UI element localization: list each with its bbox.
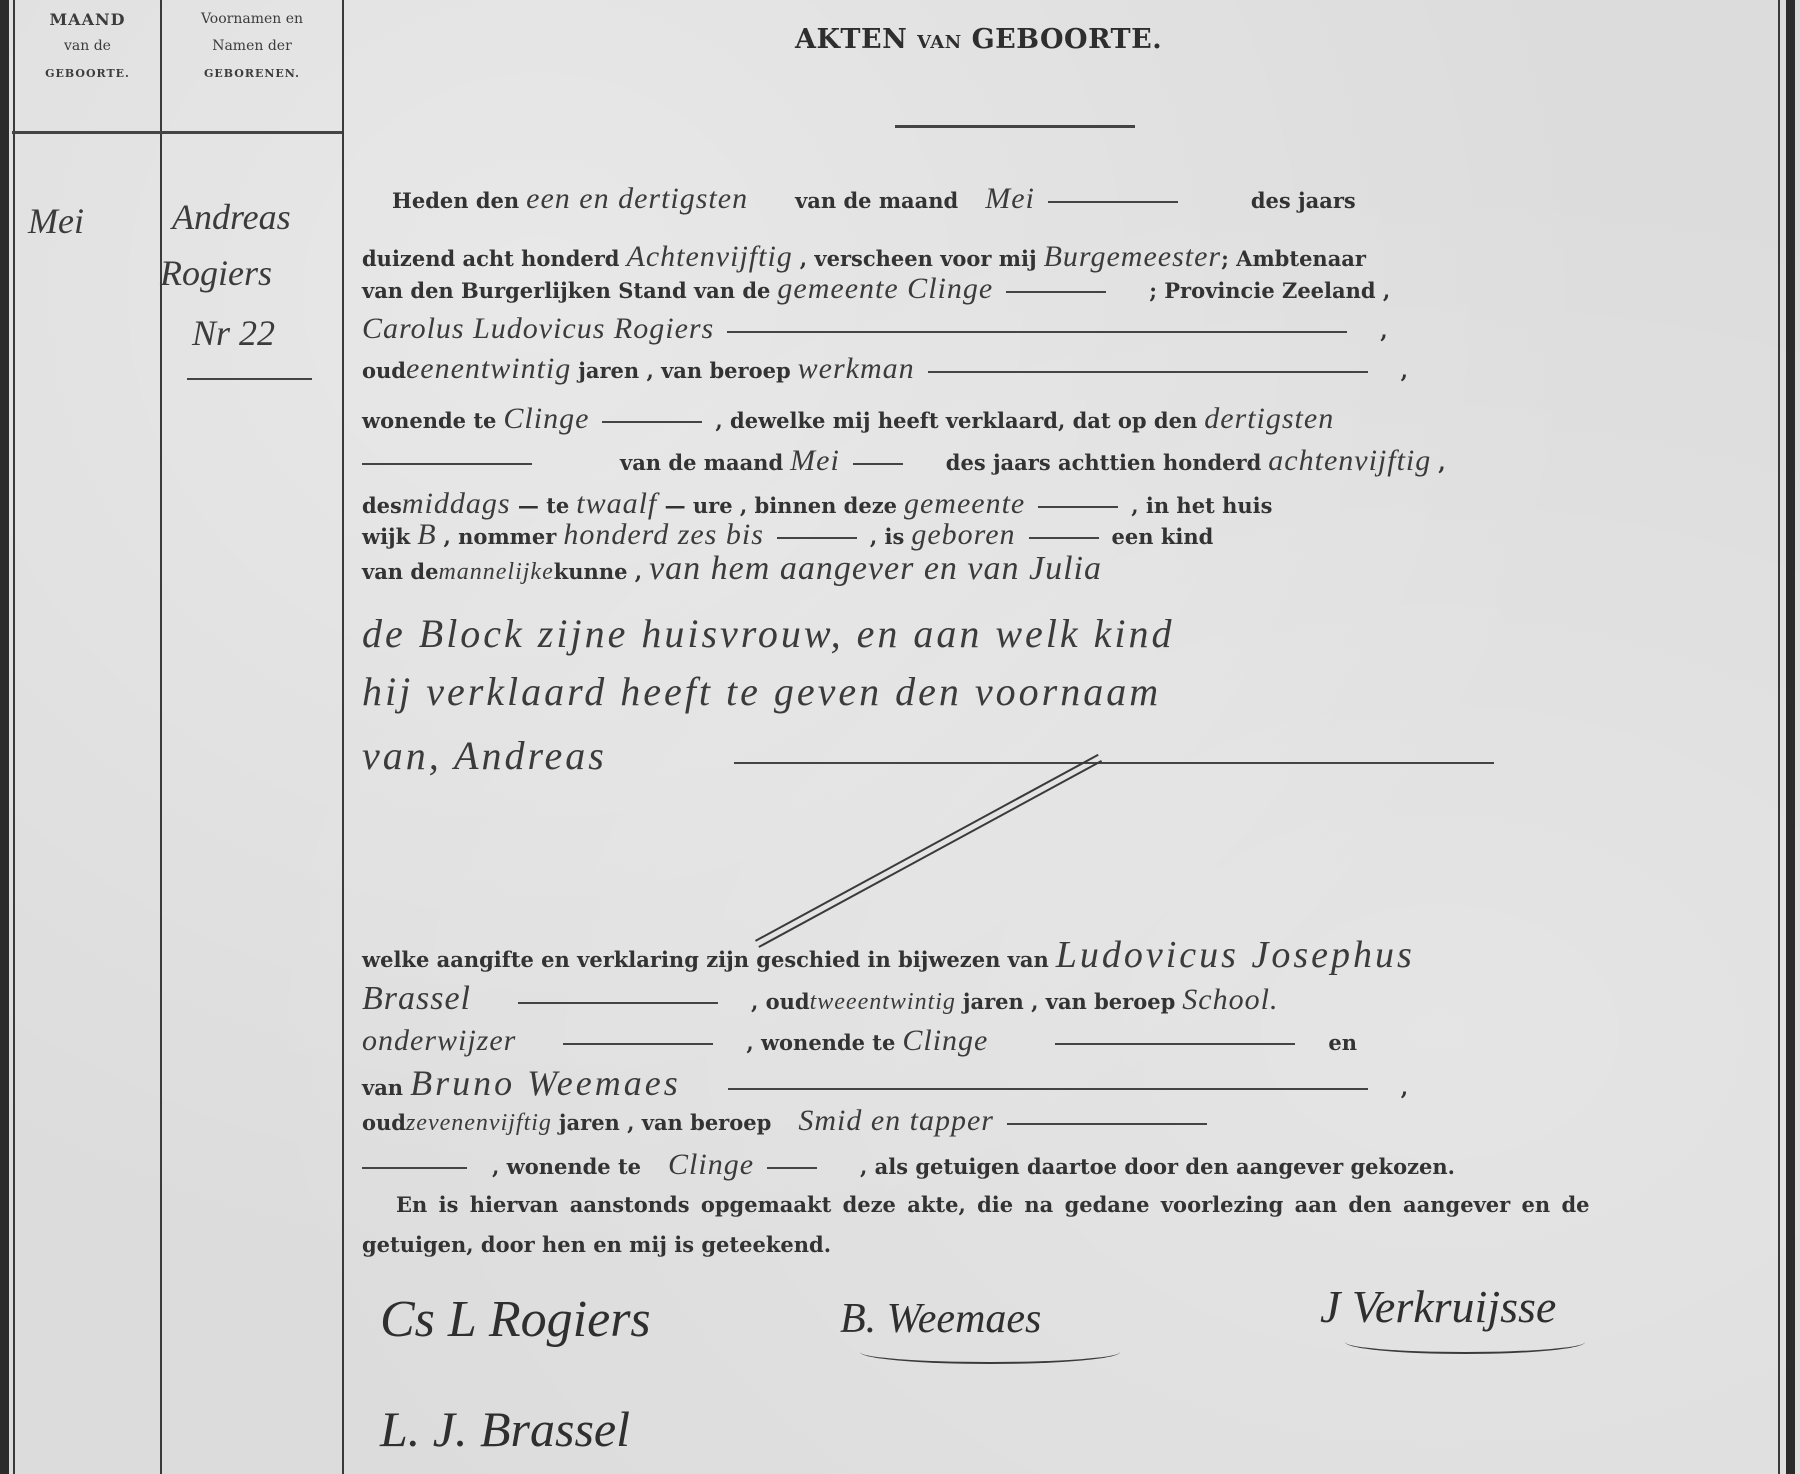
handwritten-witness1-name: Ludovicus Josephus — [1056, 934, 1415, 976]
title-van: VAN — [917, 32, 962, 53]
print-text: , is — [870, 524, 904, 549]
column-divider-1 — [160, 0, 162, 1474]
handwritten-witness2-name: Bruno Weemaes — [410, 1063, 681, 1103]
blank-line — [728, 1088, 1368, 1090]
left-border — [0, 0, 9, 1474]
page-title: AKTEN VAN GEBOORTE. — [795, 24, 1235, 55]
signature-flourish — [860, 1340, 1120, 1364]
margin-first-name: Andreas — [172, 196, 291, 238]
margin-record-number: Nr 22 — [192, 312, 275, 354]
margin-underline — [187, 378, 312, 380]
blank-line — [1029, 537, 1099, 539]
handwritten-naming-declaration: hij verklaard heeft te geven den voornaa… — [362, 669, 1161, 714]
handwritten-day: een en dertigsten — [526, 182, 748, 215]
signature-mayor: J Verkruijsse — [1320, 1280, 1556, 1333]
title-underline — [895, 125, 1135, 128]
blank-line — [1048, 201, 1178, 203]
print-text: jaren , van beroep — [578, 358, 790, 383]
print-text: duizend acht honderd — [362, 246, 620, 271]
column-divider-2 — [342, 0, 344, 1474]
witness-line-1: welke aangifte en verklaring zijn geschi… — [362, 938, 1415, 972]
handwritten-witness1-occupation-cont: onderwijzer — [362, 1024, 516, 1057]
handwritten-witness1-age: tweeentwintig — [810, 989, 956, 1015]
header-col1-line2: van de — [15, 33, 160, 60]
handwritten-time-of-day: middags — [402, 487, 511, 520]
print-text: kunne , — [554, 559, 642, 584]
print-text: En is hiervan aanstonds opgemaakt deze a… — [396, 1192, 1590, 1217]
print-text: van den Burgerlijken Stand van de — [362, 278, 770, 303]
print-text: , — [1380, 318, 1387, 343]
body-line-1: Heden den een en dertigsten van de maand… — [392, 182, 1356, 216]
signature-flourish — [1345, 1330, 1585, 1354]
body-line-5: oudeenentwintig jaren , van beroep werkm… — [362, 352, 1408, 386]
header-bottom-rule — [12, 131, 342, 134]
print-text: , — [1438, 450, 1445, 475]
blank-line — [727, 331, 1347, 333]
handwritten-born: geboren — [911, 518, 1015, 551]
handwritten-declarant-name: Carolus Ludovicus Rogiers — [362, 312, 714, 345]
print-text: des jaars achttien honderd — [946, 450, 1262, 475]
header-col1-line1: MAAND — [15, 6, 160, 33]
header-col2-line1: Voornamen en — [162, 6, 342, 33]
blank-line — [1038, 506, 1118, 508]
print-text: van de maand — [795, 188, 958, 213]
print-text: , oud — [751, 989, 810, 1014]
handwritten-year: Achtenvijftig — [627, 240, 793, 273]
print-text: , — [1401, 1075, 1408, 1100]
print-text: van de — [362, 559, 438, 584]
handwritten-official-title: Burgemeester — [1044, 240, 1222, 273]
body-line-12: hij verklaard heeft te geven den voornaa… — [362, 668, 1161, 716]
print-text: des — [362, 493, 402, 518]
margin-month: Mei — [28, 200, 84, 242]
print-text: een kind — [1112, 524, 1214, 549]
print-text: , verscheen voor mij — [800, 246, 1037, 271]
body-line-4: Carolus Ludovicus Rogiers , — [362, 312, 1388, 346]
blank-line — [1006, 291, 1106, 293]
header-names-of-born: Voornamen en Namen der GEBORENEN. — [162, 6, 342, 87]
handwritten-birth-month: Mei — [790, 444, 840, 477]
handwritten-birth-place: gemeente — [904, 487, 1025, 520]
signature-witness2: B. Weemaes — [840, 1295, 1041, 1343]
witness-line-6: , wonende te Clinge , als getuigen daart… — [362, 1148, 1455, 1182]
blank-line — [362, 1167, 467, 1169]
header-month-of-birth: MAAND van de GEBOORTE. — [15, 6, 160, 87]
print-text: , — [1401, 358, 1408, 383]
handwritten-witness1-residence: Clinge — [902, 1024, 988, 1057]
print-text: , wonende te — [746, 1030, 895, 1055]
handwritten-mother-name: de Block zijne huisvrouw, en aan welk ki… — [362, 611, 1175, 656]
print-text: , in het huis — [1131, 493, 1272, 518]
handwritten-declarant-occupation: werkman — [798, 352, 915, 385]
body-line-13: van, Andreas — [362, 732, 1500, 780]
witness-line-5: oudzevenenvijftig jaren , van beroep Smi… — [362, 1104, 1213, 1138]
print-text: jaren , van beroep — [559, 1110, 771, 1135]
blank-line — [518, 1002, 718, 1004]
print-text: , dewelke mij heeft verklaard, dat op de… — [715, 408, 1197, 433]
print-text: oud — [362, 358, 406, 383]
blank-line — [767, 1167, 817, 1169]
print-text: des jaars — [1251, 188, 1356, 213]
signature-declarant: Cs L Rogiers — [380, 1290, 651, 1349]
handwritten-birth-day: dertigsten — [1204, 402, 1334, 435]
body-line-6: wonende te Clinge , dewelke mij heeft ve… — [362, 402, 1334, 436]
handwritten-mother-intro: van hem aangever en van Julia — [649, 550, 1102, 587]
closing-line-1: En is hiervan aanstonds opgemaakt deze a… — [396, 1188, 1590, 1222]
handwritten-sex: mannelijke — [438, 559, 553, 585]
blank-line — [928, 371, 1368, 373]
print-text: jaren , van beroep — [963, 989, 1175, 1014]
handwritten-declarant-age: eenentwintig — [406, 352, 571, 385]
handwritten-hour: twaalf — [576, 487, 657, 520]
body-line-2: duizend acht honderd Achtenvijftig , ver… — [362, 240, 1366, 274]
print-text: ; Ambtenaar — [1221, 246, 1366, 271]
print-text: en — [1328, 1030, 1357, 1055]
blank-line — [602, 421, 702, 423]
left-border-inner — [13, 0, 15, 1474]
handwritten-witness2-occupation: Smid en tapper — [798, 1104, 994, 1137]
handwritten-witness2-residence: Clinge — [668, 1148, 754, 1181]
handwritten-given-name: van, Andreas — [362, 733, 607, 778]
witness-line-2: Brassel , oudtweeentwintig jaren , van b… — [362, 982, 1278, 1016]
blank-line — [853, 463, 903, 465]
handwritten-residence: Clinge — [503, 402, 589, 435]
handwritten-witness2-age: zevenenvijftig — [406, 1110, 552, 1136]
body-line-11: de Block zijne huisvrouw, en aan welk ki… — [362, 610, 1175, 658]
print-text: van de maand — [620, 450, 783, 475]
title-part2: GEBOORTE. — [962, 24, 1162, 55]
blank-line — [1055, 1043, 1295, 1045]
print-text: , wonende te — [492, 1154, 641, 1179]
handwritten-ward: B — [417, 518, 436, 551]
right-border — [1786, 0, 1795, 1474]
print-text: oud — [362, 1110, 406, 1135]
blank-line — [362, 463, 532, 465]
handwritten-municipality: gemeente Clinge — [777, 272, 993, 305]
header-col2-line3: GEBORENEN. — [162, 60, 342, 87]
margin-last-name: Rogiers — [160, 252, 272, 294]
handwritten-birth-year: achtenvijftig — [1268, 444, 1431, 477]
body-line-10: van demannelijkekunne , van hem aangever… — [362, 552, 1102, 586]
print-text: wijk — [362, 524, 410, 549]
print-text: Heden den — [392, 188, 519, 213]
body-line-7: van de maand Mei des jaars achttien hond… — [362, 444, 1446, 478]
print-text: wonende te — [362, 408, 496, 433]
print-text: , nommer — [444, 524, 557, 549]
witness-line-4: van Bruno Weemaes , — [362, 1066, 1408, 1100]
print-text: van — [362, 1075, 403, 1100]
body-line-9: wijk B , nommer honderd zes bis , is geb… — [362, 518, 1213, 552]
right-border-inner — [1778, 0, 1780, 1474]
witness-line-3: onderwijzer , wonende te Clinge en — [362, 1024, 1357, 1058]
closing-line-2: getuigen, door hen en mij is geteekend. — [362, 1228, 831, 1262]
birth-record-page: MAAND van de GEBOORTE. Voornamen en Name… — [0, 0, 1800, 1474]
blank-line — [1007, 1123, 1207, 1125]
print-text: ure , binnen deze — [693, 493, 897, 518]
print-text: getuigen, door hen en mij is geteekend. — [362, 1232, 831, 1257]
blank-line — [563, 1043, 713, 1045]
handwritten-house-number: honderd zes bis — [563, 518, 764, 551]
signature-witness1: L. J. Brassel — [380, 1400, 630, 1458]
header-col1-line3: GEBOORTE. — [15, 60, 160, 87]
body-line-8: desmiddags — te twaalf — ure , binnen de… — [362, 487, 1272, 521]
handwritten-witness1-surname: Brassel — [362, 980, 471, 1017]
blank-line — [777, 537, 857, 539]
print-text: te — [546, 493, 569, 518]
print-text: , als getuigen daartoe door den aangever… — [860, 1154, 1455, 1179]
header-col2-line2: Namen der — [162, 33, 342, 60]
title-part1: AKTEN — [795, 24, 917, 55]
print-text: ; Provincie Zeeland , — [1149, 278, 1390, 303]
handwritten-witness1-occupation: School. — [1182, 983, 1278, 1016]
blank-line — [734, 762, 1494, 764]
body-line-3: van den Burgerlijken Stand van de gemeen… — [362, 272, 1390, 306]
print-text: welke aangifte en verklaring zijn geschi… — [362, 947, 1049, 972]
cancellation-stroke — [755, 754, 1102, 948]
handwritten-month: Mei — [985, 182, 1035, 215]
